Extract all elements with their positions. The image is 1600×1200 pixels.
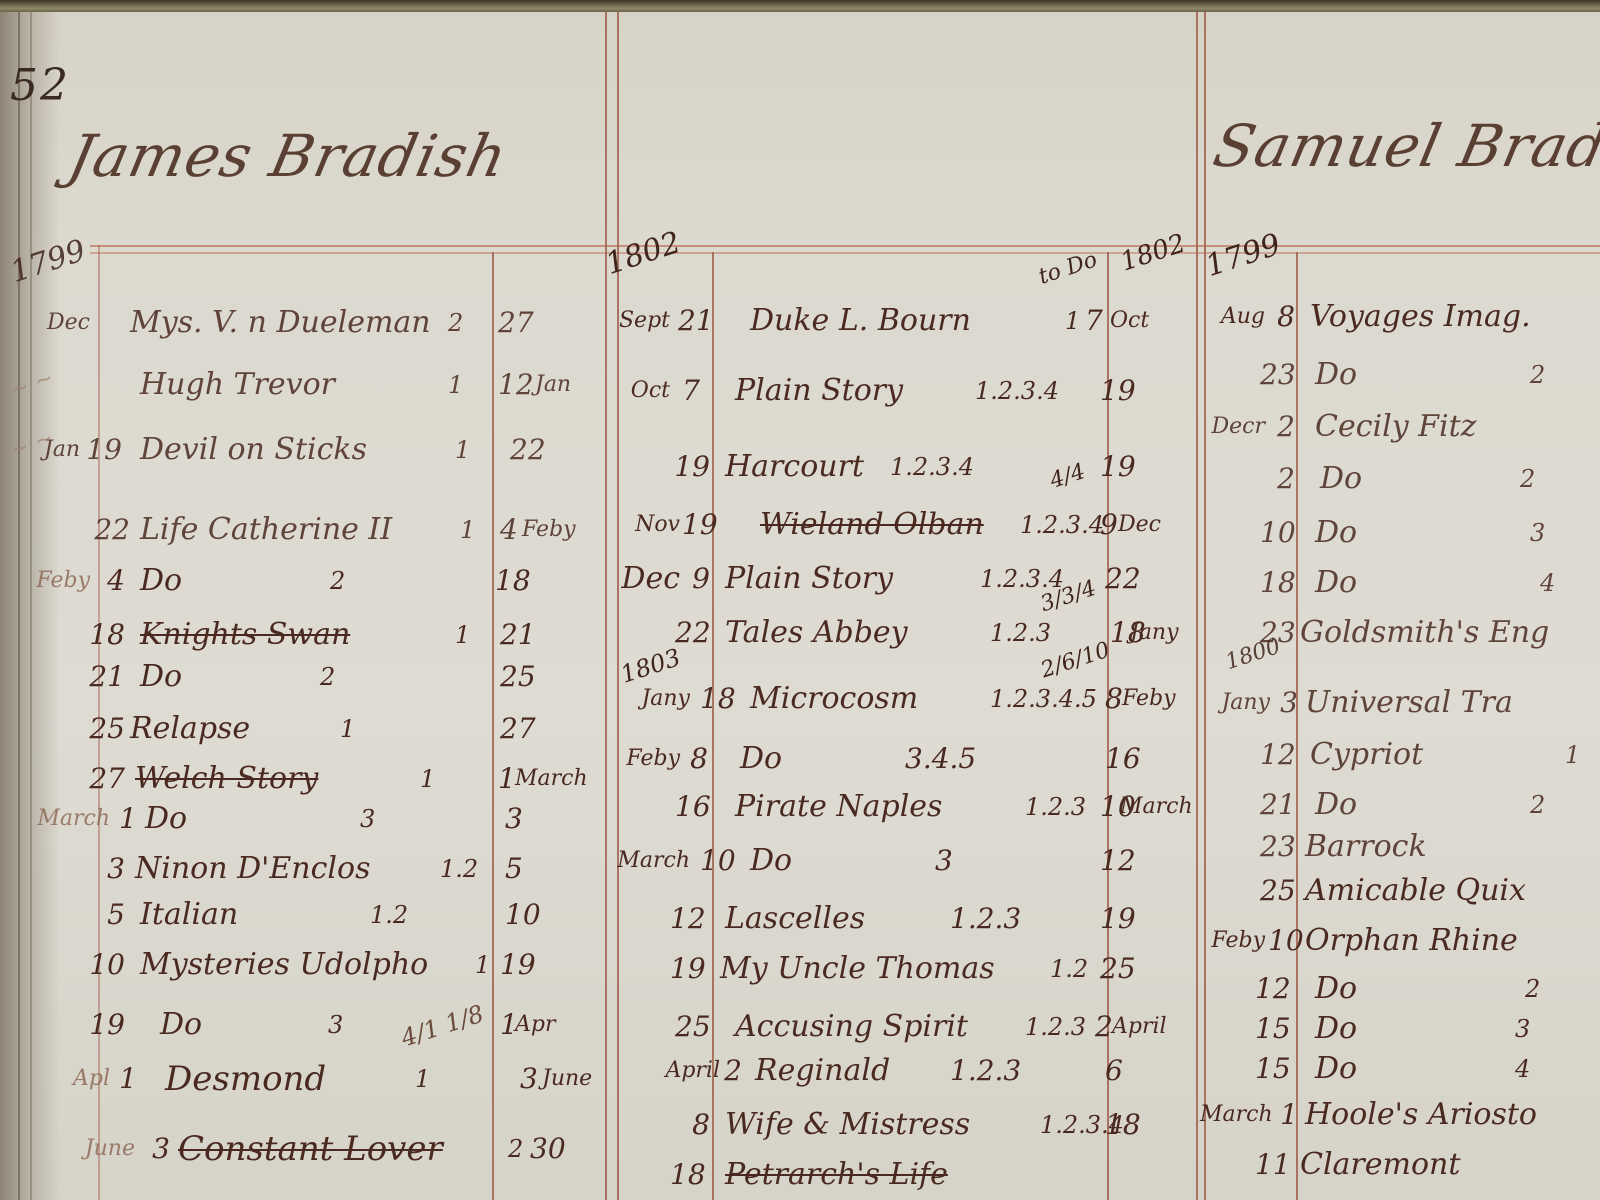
ledger-row: 23 Do 2 xyxy=(1200,352,1600,398)
ledger-row: Hugh Trevor 1 12 Jan xyxy=(0,362,600,408)
ledger-row: 3 Ninon D'Enclos 1.2 5 xyxy=(0,846,600,892)
ledger-row: Jany 3 Universal Tra xyxy=(1200,680,1600,726)
ledger-row: 23 Goldsmith's Eng xyxy=(1200,610,1600,656)
ledger-row: April 2 Reginald 1.2.3 6 xyxy=(600,1048,1220,1094)
ledger-row: 15 Do 4 xyxy=(1200,1046,1600,1092)
ledger-row: Sept 21 Duke L. Bourn 1 7 Oct xyxy=(600,298,1210,344)
year-mark: 1802 xyxy=(601,225,684,282)
year-mark: 1802 xyxy=(1117,229,1189,278)
ledger-row: Dec Mys. V. n Dueleman 2 27 xyxy=(0,300,600,346)
ledger-row: 11 Claremont xyxy=(1200,1142,1600,1188)
ledger-row: Jan 19 Devil on Sticks 1 22 xyxy=(0,427,600,473)
ledger-row: 18 Knights Swan 1 21 xyxy=(0,612,600,658)
ledger-row: 12 Cypriot 1 xyxy=(1200,732,1600,778)
ledger-row: Oct 7 Plain Story 1.2.3.4 19 xyxy=(600,368,1210,414)
ledger-row: 19 My Uncle Thomas 1.2 25 xyxy=(600,946,1220,992)
ledger-row: 19 Do 3 1 Apr xyxy=(0,1002,640,1048)
ledger-row: March 10 Do 3 12 xyxy=(600,838,1220,884)
ledger-row: 21 Do 2 xyxy=(1200,782,1600,828)
ledger-row: 25 Relapse 1 27 xyxy=(0,706,600,752)
ledger-page: 52 James Bradish Samuel Brad 1799 1802 1… xyxy=(0,12,1600,1200)
ledger-row: 19 Harcourt 1.2.3.4 19 xyxy=(600,444,1210,490)
ledger-row: Decr 2 Cecily Fitz xyxy=(1200,404,1600,450)
ledger-row: March 1 Do 3 3 xyxy=(0,796,600,842)
ledger-row: 5 Italian 1.2 10 xyxy=(0,892,600,938)
ledger-row: 25 Accusing Spirit 1.2.3 2 April xyxy=(600,1004,1220,1050)
header-rule xyxy=(90,252,1600,254)
ledger-row: 2 Do 2 xyxy=(1200,456,1600,502)
ledger-row: Dec 9 Plain Story 1.2.3.4 22 xyxy=(600,556,1210,602)
ledger-row: 10 Mysteries Udolpho 1 19 xyxy=(0,942,600,988)
header-rule xyxy=(90,245,1600,247)
page-number: 52 xyxy=(10,60,70,111)
ledger-row: Nov 19 Wieland Olban 1.2.3.4 9 Dec xyxy=(600,502,1220,548)
ledger-row: Aug 8 Voyages Imag. xyxy=(1200,294,1600,340)
ledger-row: 18 Do 4 xyxy=(1200,560,1600,606)
ledger-row: Feby 8 Do 3.4.5 16 xyxy=(600,736,1220,782)
account-name-james-bradish: James Bradish xyxy=(63,122,514,190)
ledger-row: 16 Pirate Naples 1.2.3 10 March xyxy=(600,784,1220,830)
ledger-row: 22 Life Catherine II 1 4 Feby xyxy=(0,507,620,553)
year-mark: 1799 xyxy=(1201,227,1284,284)
ledger-row: March 1 Hoole's Ariosto xyxy=(1200,1092,1600,1138)
ledger-row: 8 Wife & Mistress 1.2.3.4 18 xyxy=(600,1102,1220,1148)
ledger-row: Jany 18 Microcosm 1.2.3.4.5 8 Feby xyxy=(600,676,1220,722)
ledger-row: 10 Do 3 xyxy=(1200,510,1600,556)
carried-to-mark: to Do xyxy=(1036,247,1101,289)
ledger-row: 22 Tales Abbey 1.2.3 18 Jany xyxy=(600,610,1220,656)
ledger-row: Feby 10 Orphan Rhine xyxy=(1200,918,1600,964)
ledger-row: June 3 Constant Lover 2 30 xyxy=(0,1126,640,1172)
account-name-samuel-brad: Samuel Brad xyxy=(1208,112,1600,180)
ledger-row: 23 Barrock xyxy=(1200,824,1600,870)
ledger-row: 12 Lascelles 1.2.3 19 xyxy=(600,896,1220,942)
ledger-row: Apl 1 Desmond 1 3 June xyxy=(0,1056,640,1102)
ledger-row: 25 Amicable Quix xyxy=(1200,868,1600,914)
ledger-row: 18 Petrarch's Life xyxy=(600,1152,1220,1198)
ledger-row: 21 Do 2 25 xyxy=(0,654,600,700)
ledger-row: Feby 4 Do 2 18 xyxy=(0,558,600,604)
